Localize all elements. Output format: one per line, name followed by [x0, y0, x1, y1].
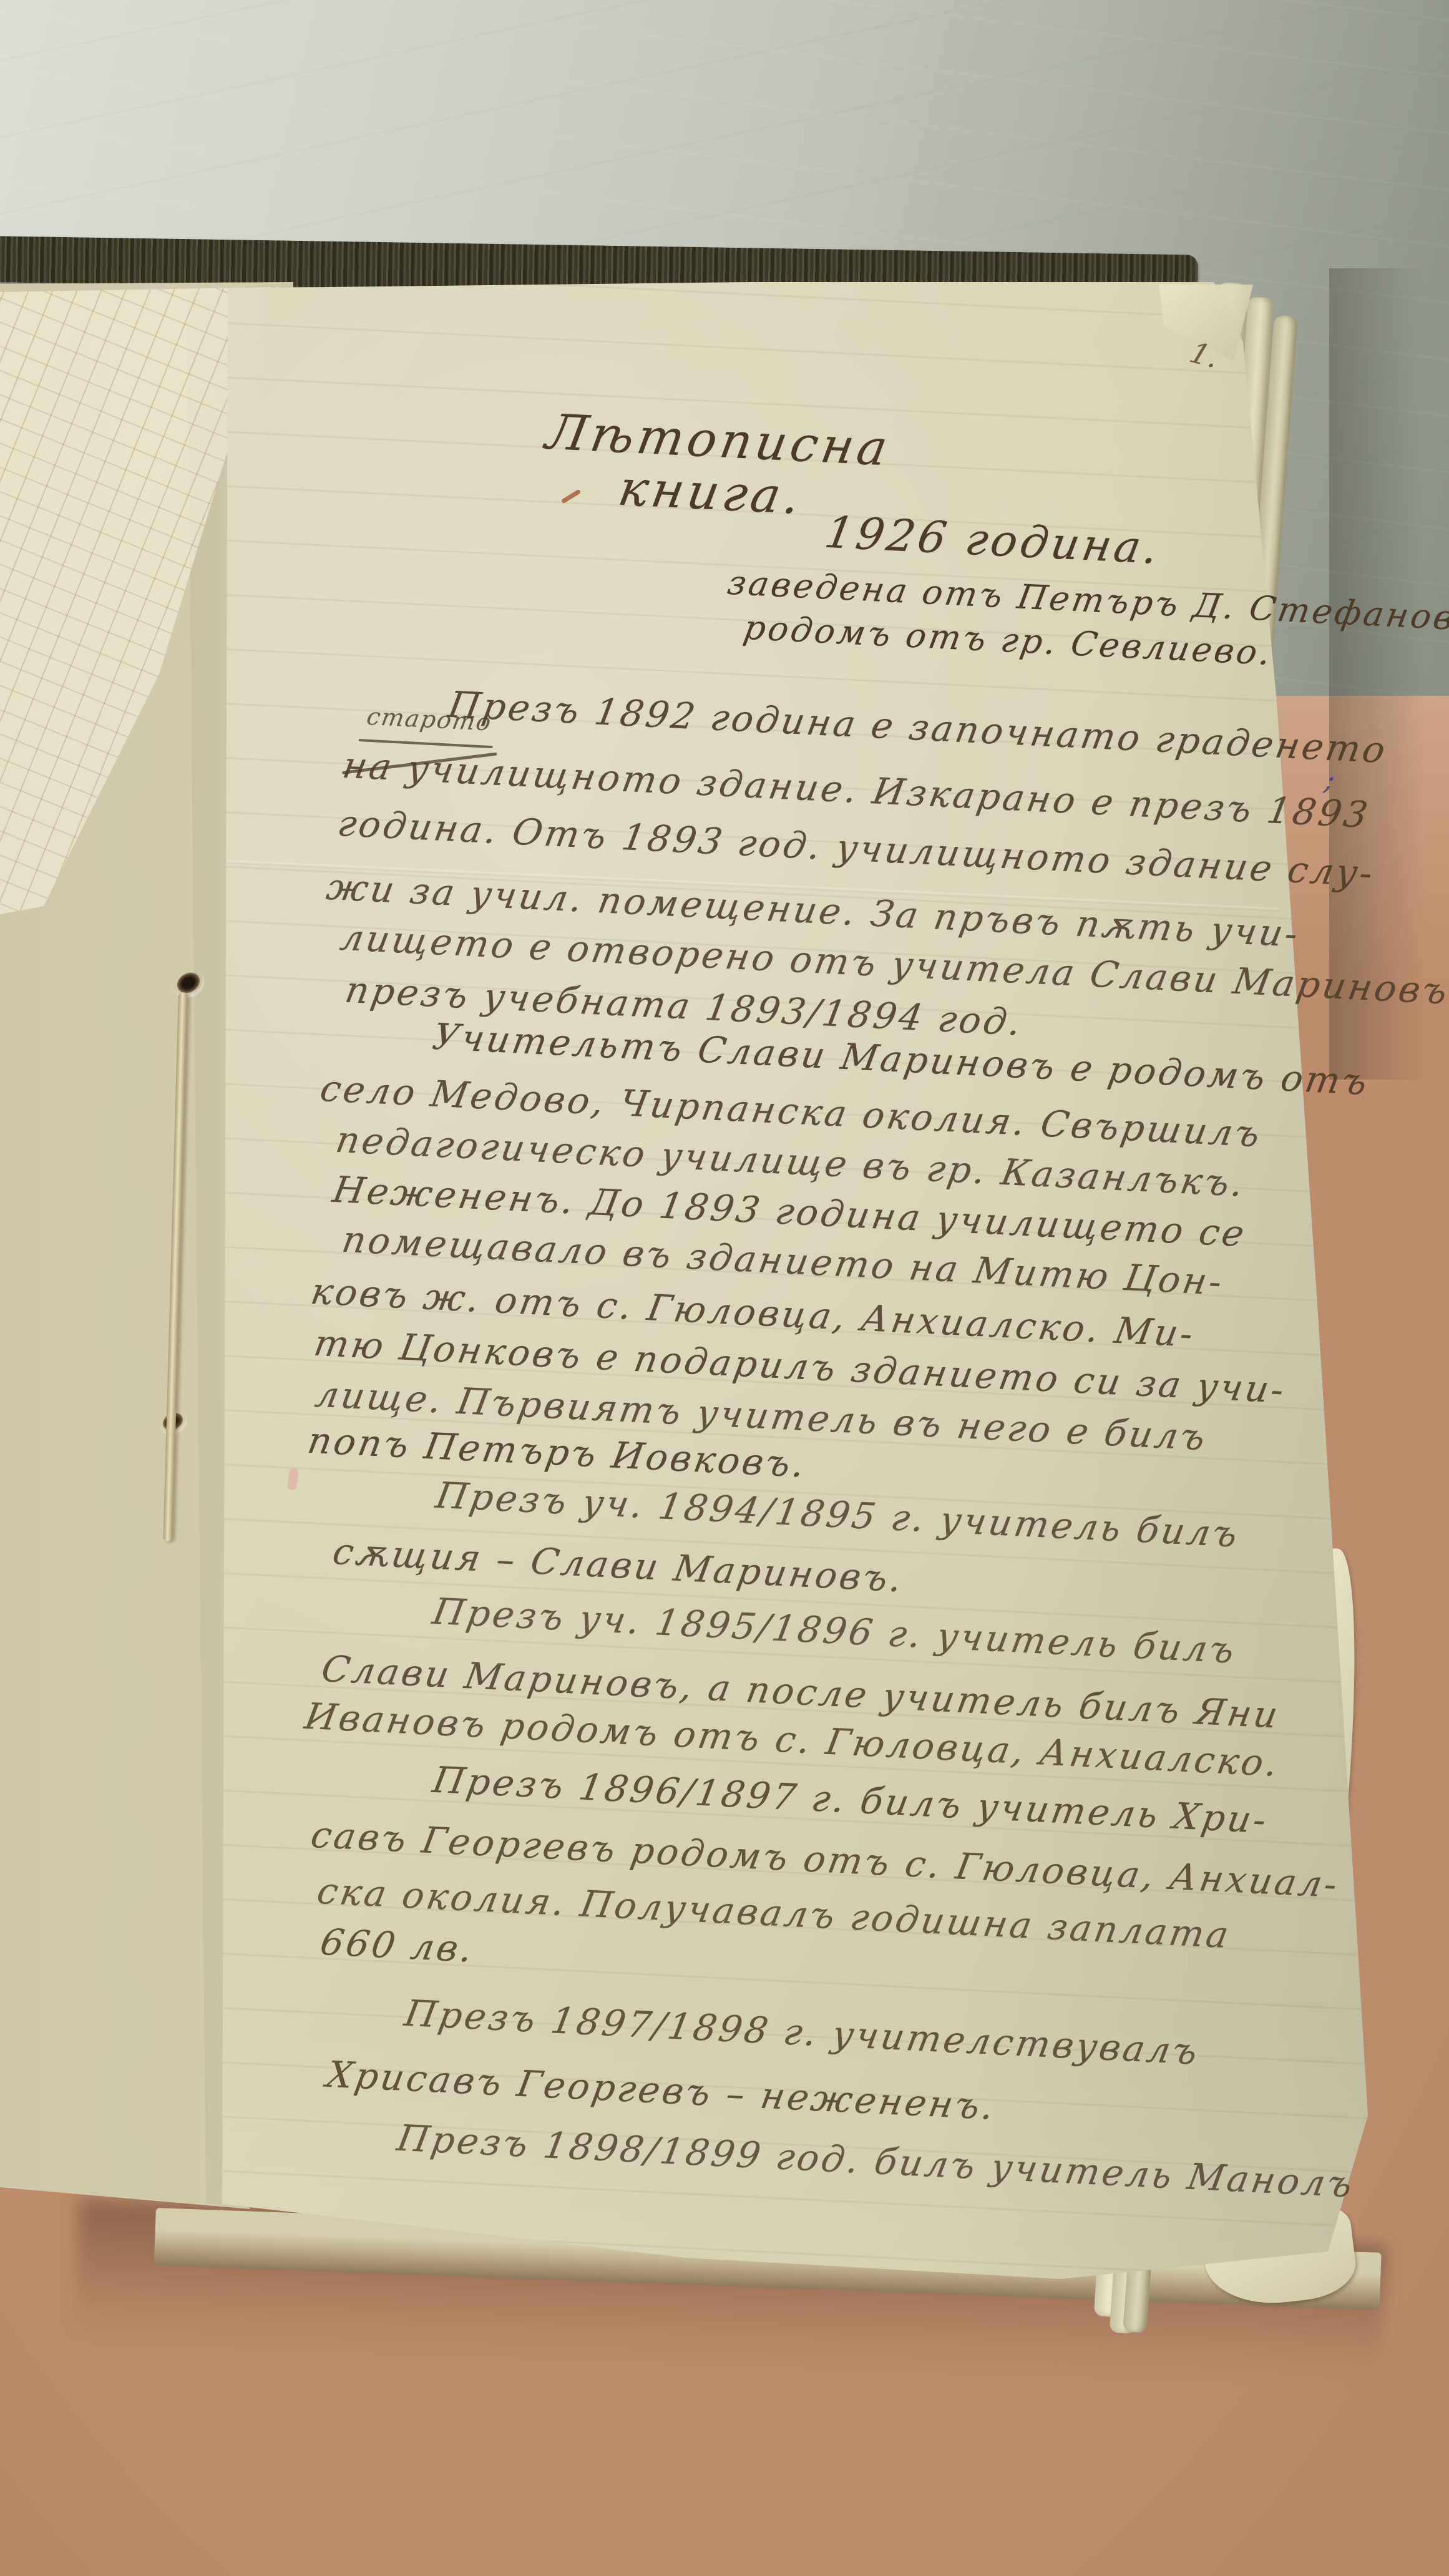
manuscript-line: Презъ 1898/1899 год. билъ учитель Манолъ [394, 2117, 1357, 2205]
pink-smudge [287, 1467, 300, 1491]
red-ink-speck [561, 489, 582, 504]
manuscript-line: Хрисавъ Георгевъ – нежененъ. [323, 2053, 999, 2128]
year-line: 1926 година. [821, 507, 1165, 574]
manuscript-line: сѫщия – Слави Мариновъ. [329, 1530, 907, 1600]
handwritten-text-layer: 1. Лѣтописна книга. 1926 година. заведен… [0, 0, 1449, 2576]
page-number: 1. [1185, 336, 1224, 374]
manuscript-line: Презъ 1897/1898 г. учителствувалъ [401, 1992, 1203, 2073]
photo-of-chronicle-book: 1. Лѣтописна книга. 1926 година. заведен… [0, 0, 1449, 2576]
manuscript-line: 660 лв. [317, 1921, 478, 1971]
title-line-2: книга. [615, 461, 808, 525]
